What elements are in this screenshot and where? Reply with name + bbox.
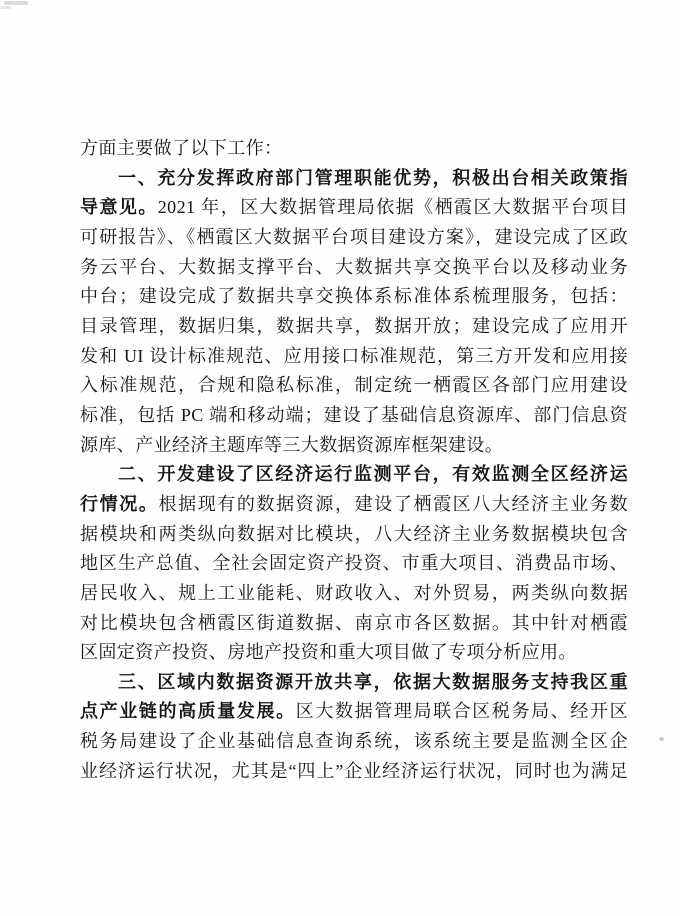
text-line: 地区生产总值、全社会固定资产投资、市重大项目、消费品市场、 xyxy=(80,549,628,579)
text-line: 务云平台、大数据支撑平台、大数据共享交换平台以及移动业务 xyxy=(80,253,628,283)
text-segment: 据模块和两类纵向数据对比模块，八大经济主业务数据模块包含 xyxy=(80,524,628,544)
text-line: 目录管理，数据归集，数据共享，数据开放；建设完成了应用开 xyxy=(80,312,628,342)
text-line: 可研报告》、《栖霞区大数据平台项目建设方案》，建设完成了区政 xyxy=(80,223,628,253)
text-segment: 区大数据管理局联合区税务局、经开区 xyxy=(296,701,628,721)
text-line: 税务局建设了企业基础信息查询系统，该系统主要是监测全区企 xyxy=(80,727,628,757)
text-segment: 对比模块包含栖霞区街道数据、南京市各区数据。其中针对栖霞 xyxy=(80,613,628,633)
bold-text-segment: 点产业链的高质量发展。 xyxy=(80,701,296,721)
text-segment: 源库、产业经济主题库等三大数据资源库框架建设。 xyxy=(80,435,503,455)
text-line: 标准，包括 PC 端和移动端；建设了基础信息资源库、部门信息资 xyxy=(80,401,628,431)
text-line: 入标准规范，合规和隐私标准，制定统一栖霞区各部门应用建设 xyxy=(80,371,628,401)
text-line: 区固定资产投资、房地产投资和重大项目做了专项分析应用。 xyxy=(80,638,628,668)
scan-speck-right-margin xyxy=(659,737,664,741)
bold-text-segment: 导意见。 xyxy=(80,197,158,217)
section-heading-line: 一、充分发挥政府部门管理职能优势，积极出台相关政策指 xyxy=(80,164,628,194)
text-line: 行情况。根据现有的数据资源，建设了栖霞区八大经济主业务数 xyxy=(80,490,628,520)
scanned-document-page: 方面主要做了以下工作：一、充分发挥政府部门管理职能优势，积极出台相关政策指导意见… xyxy=(0,0,680,916)
bold-text-segment: 一、充分发挥政府部门管理职能优势，积极出台相关政策指 xyxy=(118,168,628,188)
text-segment: 可研报告》、《栖霞区大数据平台项目建设方案》，建设完成了区政 xyxy=(80,227,628,247)
text-segment: 区固定资产投资、房地产投资和重大项目做了专项分析应用。 xyxy=(80,642,577,662)
text-line: 对比模块包含栖霞区街道数据、南京市各区数据。其中针对栖霞 xyxy=(80,609,628,639)
scan-smudge-topleft xyxy=(4,1,28,5)
text-segment: 务云平台、大数据支撑平台、大数据共享交换平台以及移动业务 xyxy=(80,257,628,277)
text-line: 点产业链的高质量发展。区大数据管理局联合区税务局、经开区 xyxy=(80,697,628,727)
bold-text-segment: 行情况。 xyxy=(80,494,158,514)
text-segment: 2021 年，区大数据管理局依据《栖霞区大数据平台项目 xyxy=(158,197,628,217)
text-line: 居民收入、规上工业能耗、财政收入、对外贸易，两类纵向数据 xyxy=(80,579,628,609)
section-heading-line: 二、开发建设了区经济运行监测平台，有效监测全区经济运 xyxy=(80,460,628,490)
bold-text-segment: 二、开发建设了区经济运行监测平台，有效监测全区经济运 xyxy=(118,464,628,484)
text-line: 导意见。2021 年，区大数据管理局依据《栖霞区大数据平台项目 xyxy=(80,193,628,223)
text-segment: 业经济运行状况，尤其是“四上”企业经济运行状况，同时也为满足 xyxy=(80,761,628,781)
text-line: 业经济运行状况，尤其是“四上”企业经济运行状况，同时也为满足 xyxy=(80,757,628,787)
text-segment: 标准，包括 PC 端和移动端；建设了基础信息资源库、部门信息资 xyxy=(80,405,628,425)
text-line: 据模块和两类纵向数据对比模块，八大经济主业务数据模块包含 xyxy=(80,520,628,550)
text-line: 中台；建设完成了数据共享交换体系标准体系梳理服务，包括： xyxy=(80,282,628,312)
document-body: 方面主要做了以下工作：一、充分发挥政府部门管理职能优势，积极出台相关政策指导意见… xyxy=(80,134,628,786)
text-segment: 入标准规范，合规和隐私标准，制定统一栖霞区各部门应用建设 xyxy=(80,375,628,395)
text-segment: 发和 UI 设计标准规范、应用接口标准规范，第三方开发和应用接 xyxy=(80,346,628,366)
text-segment: 居民收入、规上工业能耗、财政收入、对外贸易，两类纵向数据 xyxy=(80,583,628,603)
text-line: 源库、产业经济主题库等三大数据资源库框架建设。 xyxy=(80,431,628,461)
text-line: 方面主要做了以下工作： xyxy=(80,134,628,164)
section-heading-line: 三、区域内数据资源开放共享，依据大数据服务支持我区重 xyxy=(80,668,628,698)
text-line: 发和 UI 设计标准规范、应用接口标准规范，第三方开发和应用接 xyxy=(80,342,628,372)
text-segment: 地区生产总值、全社会固定资产投资、市重大项目、消费品市场、 xyxy=(80,553,628,573)
text-segment: 税务局建设了企业基础信息查询系统，该系统主要是监测全区企 xyxy=(80,731,628,751)
scan-smudge-topleft-2 xyxy=(0,6,11,9)
text-segment: 目录管理，数据归集，数据共享，数据开放；建设完成了应用开 xyxy=(80,316,628,336)
text-segment: 中台；建设完成了数据共享交换体系标准体系梳理服务，包括： xyxy=(80,286,628,306)
text-segment: 方面主要做了以下工作： xyxy=(80,138,282,158)
bold-text-segment: 三、区域内数据资源开放共享，依据大数据服务支持我区重 xyxy=(118,672,628,692)
text-segment: 根据现有的数据资源，建设了栖霞区八大经济主业务数 xyxy=(158,494,628,514)
